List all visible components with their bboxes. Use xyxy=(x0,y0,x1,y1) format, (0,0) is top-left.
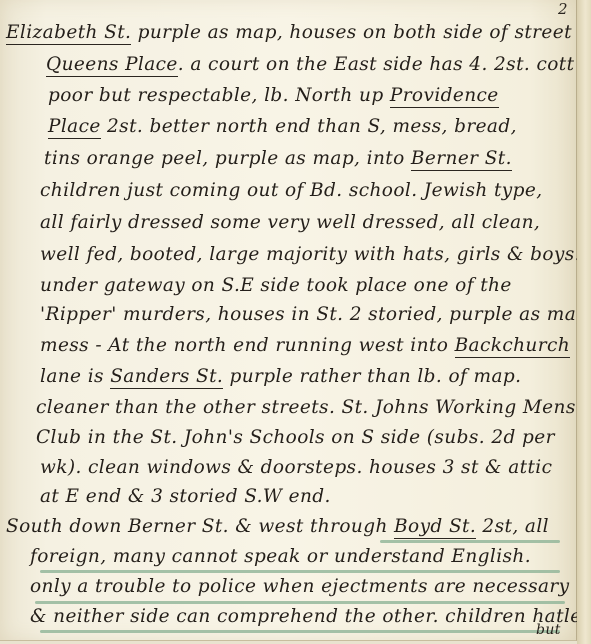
street-name: Backchurch xyxy=(455,335,571,358)
text-line: cleaner than the other streets. St. John… xyxy=(36,397,576,418)
text-line: 'Ripper' murders, houses in St. 2 storie… xyxy=(40,304,591,325)
text-line: under gateway on S.E side took place one… xyxy=(40,275,512,296)
green-pencil-underline xyxy=(40,630,560,633)
page-edge xyxy=(577,0,591,644)
text-line: Club in the St. John's Schools on S side… xyxy=(36,427,555,448)
street-name: Queens Place xyxy=(46,54,178,77)
text-line: lane is Sanders St. purple rather than l… xyxy=(40,366,521,387)
text-line: well fed, booted, large majority with ha… xyxy=(40,244,581,265)
street-name: Boyd St. xyxy=(394,516,476,539)
street-name: Berner St. xyxy=(411,148,512,171)
text-line: but xyxy=(536,622,561,638)
street-name: Providence xyxy=(390,85,499,108)
text-line: foreign, many cannot speak or understand… xyxy=(30,546,531,567)
green-pencil-underline xyxy=(40,570,560,573)
text-line: poor but respectable, lb. North up Provi… xyxy=(48,85,499,106)
green-pencil-underline xyxy=(380,540,560,543)
text-line: Elizabeth St. purple as map, houses on b… xyxy=(6,22,572,43)
street-name: Sanders St. xyxy=(110,366,223,389)
text-line: Place 2st. better north end than S, mess… xyxy=(48,116,517,137)
text-line: all fairly dressed some very well dresse… xyxy=(40,212,540,233)
text-line: & neither side can comprehend the other.… xyxy=(30,606,591,627)
text-line: South down Berner St. & west through Boy… xyxy=(6,516,549,537)
text-line: wk). clean windows & doorsteps. houses 3… xyxy=(40,457,552,478)
street-name: Place xyxy=(48,116,101,139)
text-line: tins orange peel, purple as map, into Be… xyxy=(44,148,512,169)
page-number: 2 xyxy=(558,0,568,18)
street-name: Elizabeth St. xyxy=(6,22,131,45)
text-line: Queens Place. a court on the East side h… xyxy=(46,54,574,75)
green-pencil-underline xyxy=(35,601,565,604)
text-line: mess - At the north end running west int… xyxy=(40,335,570,356)
text-line: at E end & 3 storied S.W end. xyxy=(40,486,331,507)
text-line: children just coming out of Bd. school. … xyxy=(40,180,543,201)
notebook-page: 2 Elizabeth St. purple as map, houses on… xyxy=(0,0,577,641)
text-line: only a trouble to police when ejectments… xyxy=(30,576,570,597)
